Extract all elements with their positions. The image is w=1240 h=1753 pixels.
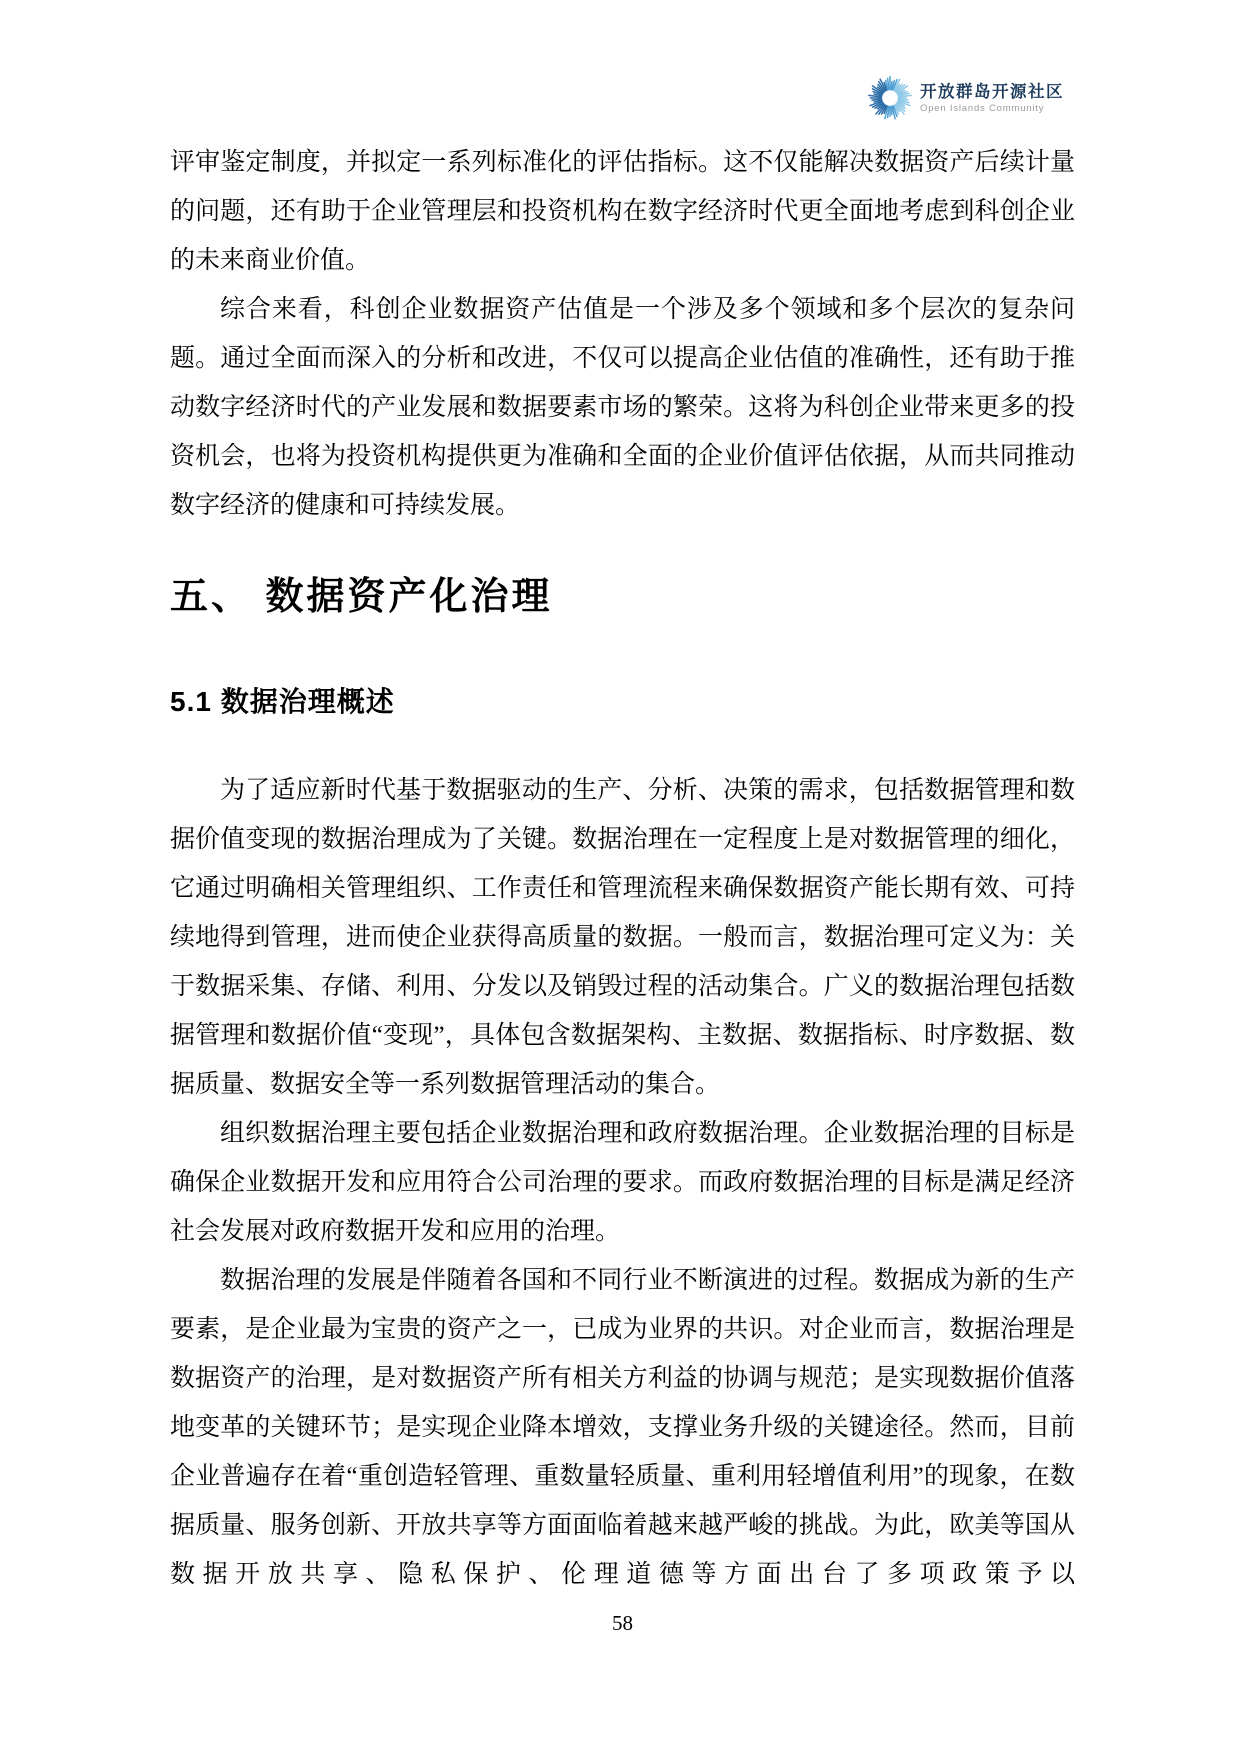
paragraph: 评审鉴定制度，并拟定一系列标准化的评估指标。这不仅能解决数据资产后续计量的问题，… [170,138,1075,285]
page-number: 58 [170,1608,1075,1638]
document-page: 开放群岛开源社区 Open Islands Community 评审鉴定制度，并… [0,0,1240,1753]
paragraph: 综合来看，科创企业数据资产估值是一个涉及多个领域和多个层次的复杂问题。通过全面而… [170,285,1075,530]
logo-subtitle: Open Islands Community [920,103,1064,115]
document-body: 评审鉴定制度，并拟定一系列标准化的评估指标。这不仅能解决数据资产后续计量的问题，… [170,138,1075,1599]
logo: 开放群岛开源社区 Open Islands Community [868,76,1064,120]
paragraph: 为了适应新时代基于数据驱动的生产、分析、决策的需求，包括数据管理和数据价值变现的… [170,766,1075,1109]
subsection-heading: 5.1 数据治理概述 [170,680,1075,724]
logo-text: 开放群岛开源社区 Open Islands Community [920,82,1064,115]
section-heading: 五、 数据资产化治理 [170,569,1075,625]
logo-title: 开放群岛开源社区 [920,82,1064,102]
sunburst-icon [868,76,912,120]
paragraph: 组织数据治理主要包括企业数据治理和政府数据治理。企业数据治理的目标是确保企业数据… [170,1109,1075,1256]
paragraph: 数据治理的发展是伴随着各国和不同行业不断演进的过程。数据成为新的生产要素，是企业… [170,1256,1075,1599]
